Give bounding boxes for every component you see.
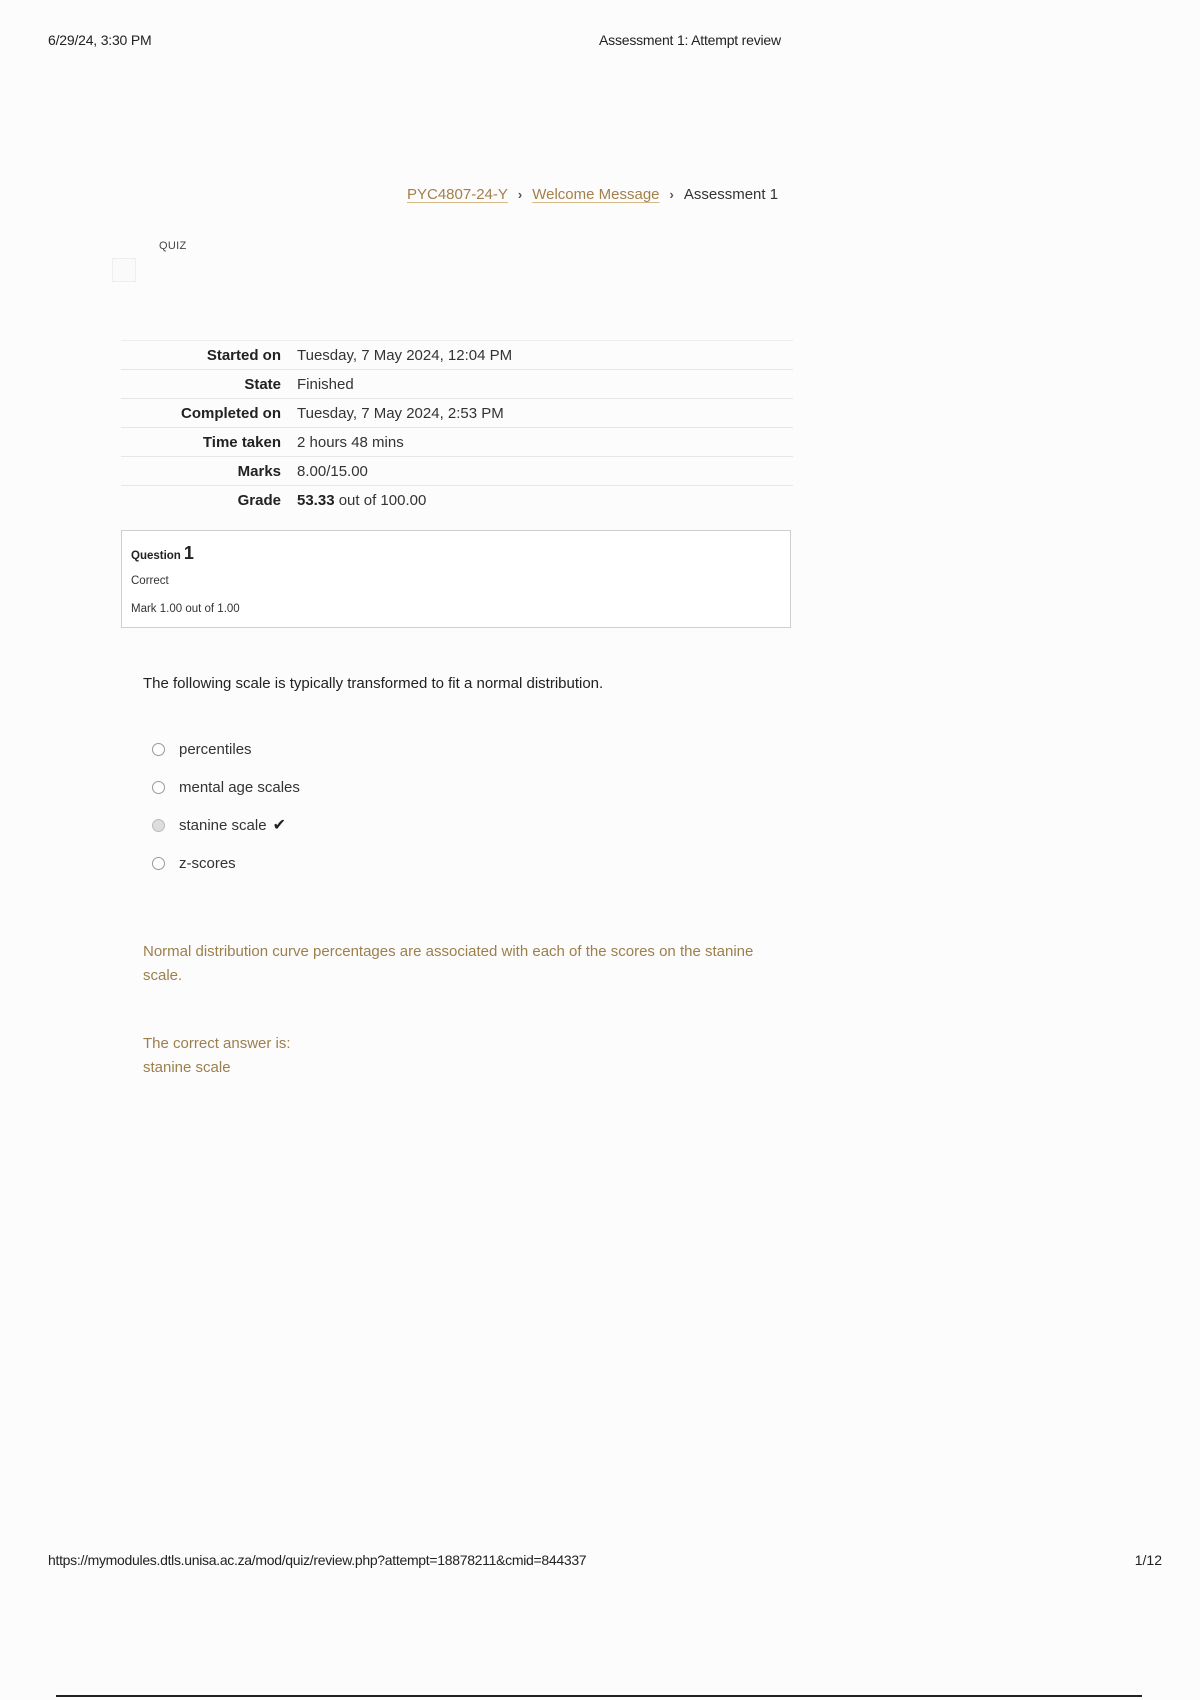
answer-option[interactable]: percentiles bbox=[152, 730, 300, 768]
question-mark: Mark 1.00 out of 1.00 bbox=[131, 603, 240, 615]
question-text: The following scale is typically transfo… bbox=[143, 675, 603, 692]
summary-label: Marks bbox=[121, 457, 291, 486]
summary-row-marks: Marks 8.00/15.00 bbox=[121, 457, 793, 486]
question-number: Question1 bbox=[131, 543, 194, 564]
page-divider bbox=[56, 1695, 1142, 1697]
question-state: Correct bbox=[131, 575, 169, 587]
summary-value: 53.33 out of 100.00 bbox=[291, 486, 793, 515]
breadcrumb-section-link[interactable]: Welcome Message bbox=[532, 186, 659, 203]
summary-value: Tuesday, 7 May 2024, 12:04 PM bbox=[291, 341, 793, 370]
breadcrumb-course-link[interactable]: PYC4807-24-Y bbox=[407, 186, 508, 203]
summary-value: 8.00/15.00 bbox=[291, 457, 793, 486]
question-number-value: 1 bbox=[184, 543, 194, 563]
answer-options: percentiles mental age scales stanine sc… bbox=[152, 730, 300, 882]
summary-label: State bbox=[121, 370, 291, 399]
chevron-right-icon: › bbox=[670, 187, 674, 202]
right-answer-value: stanine scale bbox=[143, 1056, 291, 1080]
quiz-icon bbox=[112, 258, 136, 282]
general-feedback: Normal distribution curve percentages ar… bbox=[143, 940, 763, 988]
summary-label: Time taken bbox=[121, 428, 291, 457]
attempt-summary-table: Started on Tuesday, 7 May 2024, 12:04 PM… bbox=[121, 340, 793, 514]
activity-type-label: QUIZ bbox=[159, 240, 186, 252]
answer-label: stanine scale bbox=[179, 817, 267, 834]
answer-label: mental age scales bbox=[179, 779, 300, 796]
right-answer: The correct answer is: stanine scale bbox=[143, 1032, 291, 1080]
answer-option[interactable]: mental age scales bbox=[152, 768, 300, 806]
question-info-box: Question1 Correct Mark 1.00 out of 1.00 bbox=[121, 530, 791, 628]
radio-button-selected[interactable] bbox=[152, 819, 165, 832]
radio-button[interactable] bbox=[152, 781, 165, 794]
answer-option[interactable]: z-scores bbox=[152, 844, 300, 882]
summary-row-started: Started on Tuesday, 7 May 2024, 12:04 PM bbox=[121, 341, 793, 370]
answer-option[interactable]: stanine scale ✔ bbox=[152, 806, 300, 844]
grade-out-of: out of 100.00 bbox=[335, 492, 427, 509]
print-page-number: 1/12 bbox=[1135, 1552, 1162, 1568]
print-url: https://mymodules.dtls.unisa.ac.za/mod/q… bbox=[48, 1552, 586, 1568]
right-answer-label: The correct answer is: bbox=[143, 1032, 291, 1056]
answer-label: z-scores bbox=[179, 855, 236, 872]
breadcrumb-current: Assessment 1 bbox=[684, 186, 778, 203]
summary-row-state: State Finished bbox=[121, 370, 793, 399]
summary-value: Tuesday, 7 May 2024, 2:53 PM bbox=[291, 399, 793, 428]
radio-button[interactable] bbox=[152, 743, 165, 756]
grade-value: 53.33 bbox=[297, 492, 335, 509]
print-header: 6/29/24, 3:30 PM Assessment 1: Attempt r… bbox=[48, 32, 1152, 52]
chevron-right-icon: › bbox=[518, 187, 522, 202]
print-title: Assessment 1: Attempt review bbox=[599, 32, 781, 48]
check-icon: ✔ bbox=[273, 815, 286, 835]
question-label: Question bbox=[131, 550, 181, 562]
print-date: 6/29/24, 3:30 PM bbox=[48, 32, 151, 48]
summary-row-time-taken: Time taken 2 hours 48 mins bbox=[121, 428, 793, 457]
answer-label: percentiles bbox=[179, 741, 252, 758]
summary-label: Started on bbox=[121, 341, 291, 370]
summary-row-completed: Completed on Tuesday, 7 May 2024, 2:53 P… bbox=[121, 399, 793, 428]
summary-label: Grade bbox=[121, 486, 291, 515]
summary-label: Completed on bbox=[121, 399, 291, 428]
radio-button[interactable] bbox=[152, 857, 165, 870]
breadcrumb: PYC4807-24-Y › Welcome Message › Assessm… bbox=[407, 186, 778, 203]
summary-row-grade: Grade 53.33 out of 100.00 bbox=[121, 486, 793, 515]
summary-value: Finished bbox=[291, 370, 793, 399]
summary-value: 2 hours 48 mins bbox=[291, 428, 793, 457]
